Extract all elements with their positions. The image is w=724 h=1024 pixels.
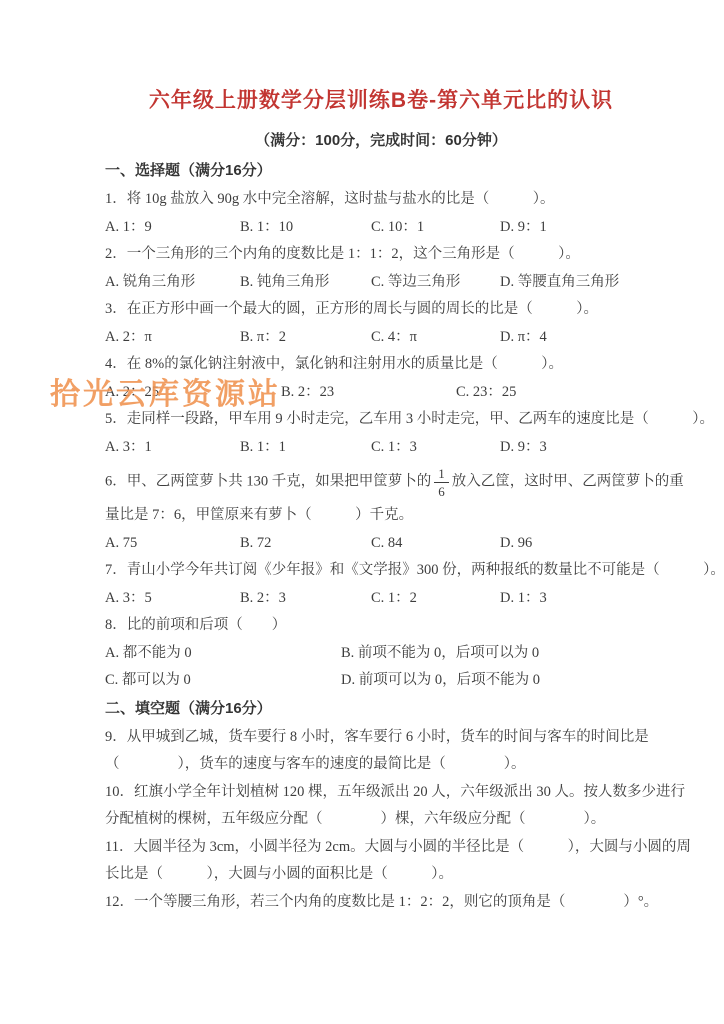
question-4: 4．在 8%的氯化钠注射液中，氯化钠和注射用水的质量比是（ ）。 A. 2：25… (105, 356, 657, 400)
question-text: 4．在 8%的氯化钠注射液中，氯化钠和注射用水的质量比是（ ）。 (105, 356, 657, 372)
question-text-continued: （ ），货车的速度与客车的速度的最简比是（ ）。 (105, 756, 657, 772)
question-9: 9．从甲城到乙城，货车要行 8 小时，客车要行 6 小时，货车的时间与客车的时间… (105, 729, 657, 773)
question-options: A. 3：1 B. 1：1 C. 1：3 D. 9：3 (105, 439, 657, 455)
option-d: D. 96 (500, 535, 657, 551)
question-options: A. 3：5 B. 2：3 C. 1：2 D. 1：3 (105, 590, 657, 606)
question-11: 11．大圆半径为 3cm，小圆半径为 2cm。大圆与小圆的半径比是（ ），大圆与… (105, 839, 657, 883)
option-b: B. 钝角三角形 (240, 274, 371, 290)
section-2-heading: 二、填空题（满分16分） (105, 700, 657, 717)
question-text: 1．将 10g 盐放入 90g 水中完全溶解，这时盐与盐水的比是（ ）。 (105, 191, 657, 207)
exam-info: （满分：100分，完成时间：60分钟） (105, 129, 657, 150)
question-options: A. 75 B. 72 C. 84 D. 96 (105, 535, 657, 551)
question-2: 2．一个三角形的三个内角的度数比是 1：1：2，这个三角形是（ ）。 A. 锐角… (105, 246, 657, 290)
question-8: 8．比的前项和后项（ ） A. 都不能为 0 B. 前项不能为 0，后项可以为 … (105, 617, 657, 688)
option-c: C. 23：25 (456, 384, 657, 400)
option-d: D. 等腰直角三角形 (500, 274, 657, 290)
question-text: 3．在正方形中画一个最大的圆，正方形的周长与圆的周长的比是（ ）。 (105, 301, 657, 317)
question-7: 7．青山小学今年共订阅《少年报》和《文学报》300 份，两种报纸的数量比不可能是… (105, 562, 657, 606)
option-c: C. 1：2 (371, 590, 500, 606)
question-text-before-fraction: 6．甲、乙两筐萝卜共 130 千克，如果把甲筐萝卜的 (105, 473, 431, 489)
document-page: 六年级上册数学分层训练B卷-第六单元比的认识 （满分：100分，完成时间：60分… (0, 0, 724, 1024)
question-text: 6．甲、乙两筐萝卜共 130 千克，如果把甲筐萝卜的16放入乙筐，这时甲、乙两筐… (105, 466, 657, 498)
option-d: D. 9：1 (500, 219, 657, 235)
option-b: B. π：2 (240, 329, 371, 345)
question-12: 12．一个等腰三角形，若三个内角的度数比是 1：2：2，则它的顶角是（ ）°。 (105, 894, 657, 910)
option-c: C. 1：3 (371, 439, 500, 455)
option-d: D. 9：3 (500, 439, 657, 455)
question-10: 10．红旗小学全年计划植树 120 棵，五年级派出 20 人，六年级派出 30 … (105, 784, 657, 828)
option-a: A. 75 (105, 535, 240, 551)
question-text: 8．比的前项和后项（ ） (105, 617, 657, 633)
option-a: A. 2：25 (105, 384, 281, 400)
option-b: B. 前项不能为 0，后项可以为 0 (341, 645, 657, 661)
question-text: 2．一个三角形的三个内角的度数比是 1：1：2，这个三角形是（ ）。 (105, 246, 657, 262)
page-title: 六年级上册数学分层训练B卷-第六单元比的认识 (105, 84, 657, 114)
option-c: C. 10：1 (371, 219, 500, 235)
question-3: 3．在正方形中画一个最大的圆，正方形的周长与圆的周长的比是（ ）。 A. 2：π… (105, 301, 657, 345)
question-options: A. 2：25 B. 2：23 C. 23：25 (105, 384, 657, 400)
document-content: 六年级上册数学分层训练B卷-第六单元比的认识 （满分：100分，完成时间：60分… (105, 84, 657, 921)
section-1-heading: 一、选择题（满分16分） (105, 162, 657, 179)
question-1: 1．将 10g 盐放入 90g 水中完全溶解，这时盐与盐水的比是（ ）。 A. … (105, 191, 657, 235)
option-a: A. 2：π (105, 329, 240, 345)
option-d: D. 1：3 (500, 590, 657, 606)
fraction: 16 (434, 466, 449, 498)
question-text-after-fraction: 放入乙筐，这时甲、乙两筐萝卜的重 (452, 473, 684, 489)
option-b: B. 1：1 (240, 439, 371, 455)
option-c: C. 都可以为 0 (105, 672, 341, 688)
question-text: 12．一个等腰三角形，若三个内角的度数比是 1：2：2，则它的顶角是（ ）°。 (105, 894, 657, 910)
option-a: A. 3：5 (105, 590, 240, 606)
question-options: A. 锐角三角形 B. 钝角三角形 C. 等边三角形 D. 等腰直角三角形 (105, 274, 657, 290)
question-text-continued: 长比是（ ），大圆与小圆的面积比是（ ）。 (105, 866, 657, 882)
fraction-denominator: 6 (438, 483, 445, 498)
question-6: 6．甲、乙两筐萝卜共 130 千克，如果把甲筐萝卜的16放入乙筐，这时甲、乙两筐… (105, 466, 657, 551)
option-a: A. 3：1 (105, 439, 240, 455)
question-text: 10．红旗小学全年计划植树 120 棵，五年级派出 20 人，六年级派出 30 … (105, 784, 657, 800)
option-c: C. 等边三角形 (371, 274, 500, 290)
option-c: C. 84 (371, 535, 500, 551)
question-options: A. 2：π B. π：2 C. 4：π D. π：4 (105, 329, 657, 345)
question-text-continued: 量比是 7：6，甲筐原来有萝卜（ ）千克。 (105, 507, 657, 523)
question-text: 9．从甲城到乙城，货车要行 8 小时，客车要行 6 小时，货车的时间与客车的时间… (105, 729, 657, 745)
option-a: A. 都不能为 0 (105, 645, 341, 661)
question-5: 5．走同样一段路，甲车用 9 小时走完，乙车用 3 小时走完，甲、乙两车的速度比… (105, 411, 657, 455)
option-b: B. 72 (240, 535, 371, 551)
question-options: A. 都不能为 0 B. 前项不能为 0，后项可以为 0 C. 都可以为 0 D… (105, 645, 657, 689)
fraction-numerator: 1 (434, 466, 449, 483)
question-text: 5．走同样一段路，甲车用 9 小时走完，乙车用 3 小时走完，甲、乙两车的速度比… (105, 411, 657, 427)
option-b: B. 1：10 (240, 219, 371, 235)
option-d: D. 前项可以为 0，后项不能为 0 (341, 672, 657, 688)
option-b: B. 2：3 (240, 590, 371, 606)
option-c: C. 4：π (371, 329, 500, 345)
question-text: 11．大圆半径为 3cm，小圆半径为 2cm。大圆与小圆的半径比是（ ），大圆与… (105, 839, 657, 855)
option-d: D. π：4 (500, 329, 657, 345)
option-b: B. 2：23 (281, 384, 456, 400)
option-a: A. 1：9 (105, 219, 240, 235)
option-a: A. 锐角三角形 (105, 274, 240, 290)
question-text: 7．青山小学今年共订阅《少年报》和《文学报》300 份，两种报纸的数量比不可能是… (105, 562, 657, 578)
question-text-continued: 分配植树的棵树，五年级应分配（ ）棵，六年级应分配（ ）。 (105, 811, 657, 827)
question-options: A. 1：9 B. 1：10 C. 10：1 D. 9：1 (105, 219, 657, 235)
